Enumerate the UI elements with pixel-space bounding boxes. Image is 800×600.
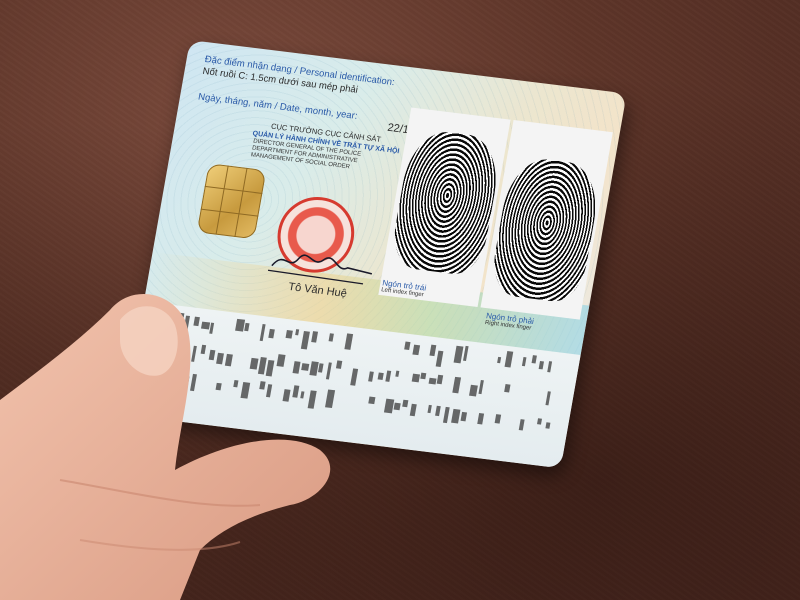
hand-holding-card [0, 280, 360, 600]
chip-icon [197, 163, 267, 239]
